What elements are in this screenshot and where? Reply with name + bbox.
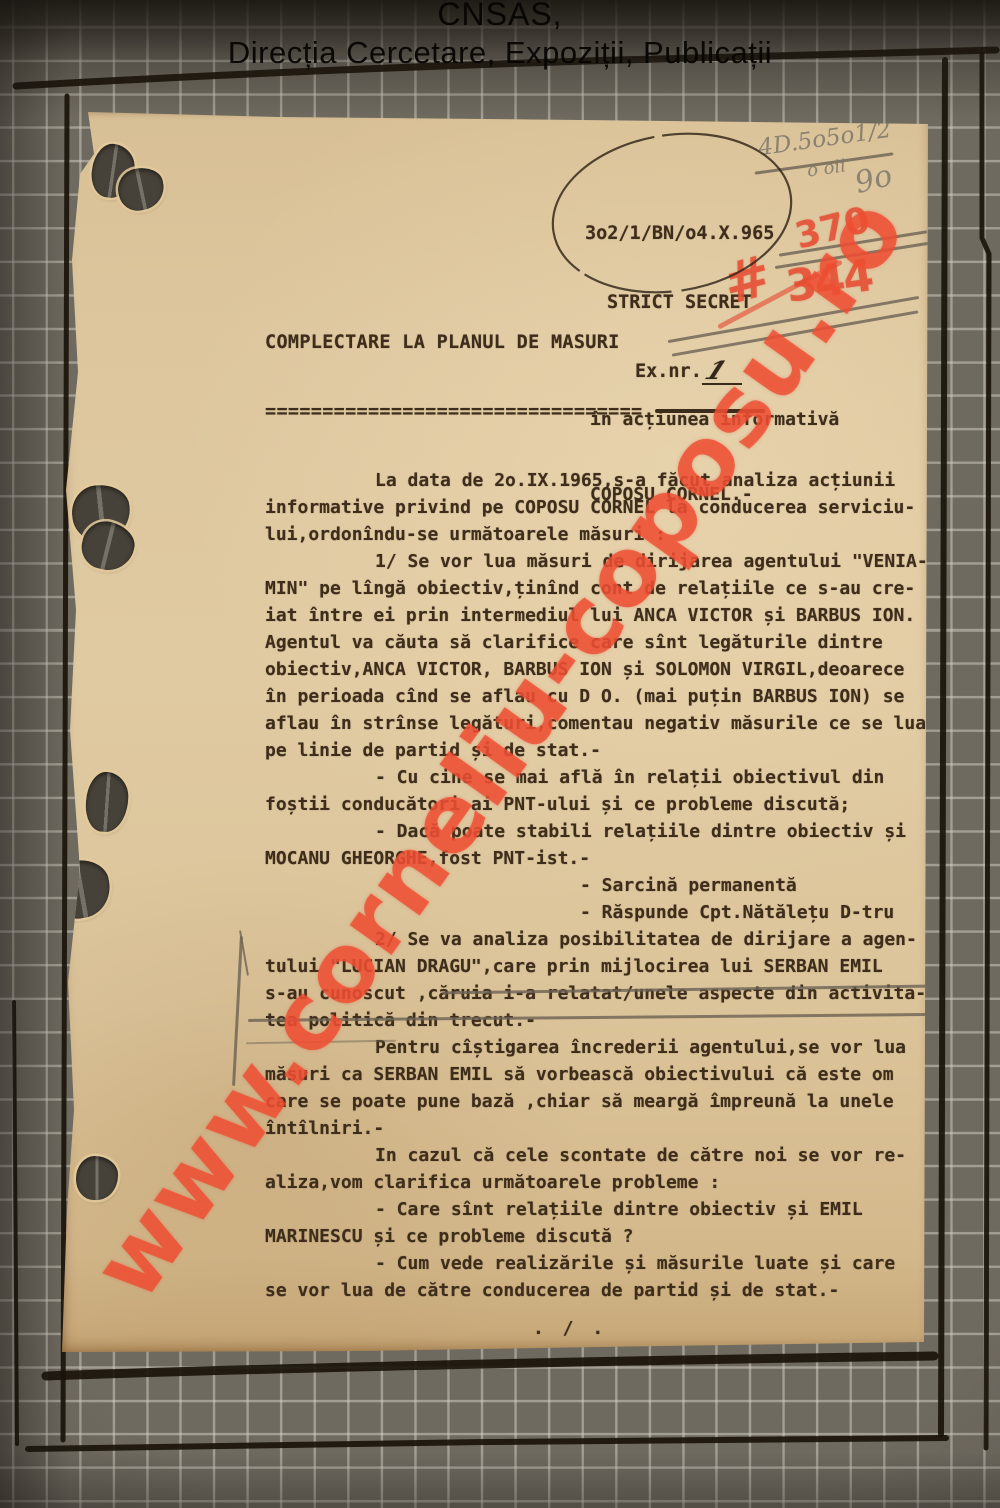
typed-line: - Cu cine se mai află în relații obiecti… [265, 767, 937, 794]
page-continuation-mark: . / . [533, 1318, 607, 1339]
punch-hole [76, 1156, 118, 1200]
typed-line: Agentul va căuta să clarifice care sînt … [265, 632, 937, 659]
typed-line: întîlniri.- [265, 1118, 937, 1145]
typed-line: MARINESCU și ce probleme discută ? [265, 1226, 937, 1253]
typed-line: - Sarcină permanentă [265, 875, 937, 902]
title-underline-rule: ================================= [265, 400, 642, 423]
typed-line: măsuri ca SERBAN EMIL să vorbească obiec… [265, 1064, 937, 1091]
typed-line: se vor lua de către conducerea de partid… [265, 1280, 937, 1307]
typed-line: aflau în strînse legături,comentau negat… [265, 713, 937, 740]
subject-name-underline [655, 409, 765, 413]
typed-line: - Cum vede realizările și măsurile luate… [265, 1253, 937, 1280]
typed-line: aliza,vom clarifica următoarele probleme… [265, 1172, 937, 1199]
typed-line: care se poate pune bază ,chiar să meargă… [265, 1091, 937, 1118]
punch-hole [84, 771, 130, 834]
typed-line: informative privind pe COPOSU CORNEL la … [265, 497, 937, 524]
typed-line: - Care sînt relațiile dintre obiectiv și… [265, 1199, 937, 1226]
typed-line: tului "LUCIAN DRAGU",care prin mijlocire… [265, 956, 937, 983]
pencil-page-number: 9o [851, 158, 896, 201]
pencil-margin-mark [232, 936, 242, 1086]
typed-line: iat între ei prin intermediul lui ANCA V… [265, 605, 937, 632]
typed-line: lui,ordonîndu-se următoarele măsuri : [265, 524, 937, 551]
document-title: COMPLECTARE LA PLANUL DE MASURI [265, 331, 642, 354]
typed-line: - Dacă poate stabili relațiile dintre ob… [265, 821, 937, 848]
typed-line: în perioada cînd se aflau cu D O. (mai p… [265, 686, 937, 713]
typed-line: - Răspunde Cpt.Nătălețu D-tru [265, 902, 937, 929]
typed-body: La data de 2o.IX.1965,s-a făcut analiza … [265, 470, 937, 1307]
pencil-small-note: o oii [806, 155, 847, 181]
typed-line: 1/ Se vor lua măsuri de dirijarea agentu… [265, 551, 937, 578]
archive-page: 3o2/1/BN/o4.X.965 STRICT SECRET Ex.nr.1 … [60, 110, 932, 1354]
typed-line: MIN" pe lîngă obiectiv,ținînd cont de re… [265, 578, 937, 605]
typed-line: pe linie de partid și de stat.- [265, 740, 937, 767]
typed-line: obiectiv,ANCA VICTOR, BARBUS ION și SOLO… [265, 659, 937, 686]
stamp-number: 3o2/1/BN/o4.X.965 [585, 222, 774, 245]
typed-line: La data de 2o.IX.1965,s-a făcut analiza … [265, 470, 937, 497]
document-title-block: COMPLECTARE LA PLANUL DE MASURI ========… [265, 285, 642, 469]
archive-photo: { "photo": { "header_line1": "CNSAS,", "… [0, 0, 1000, 1508]
typed-line: In cazul că cele scontate de către noi s… [265, 1145, 937, 1172]
typed-line: foștii conducători ai PNT-ului și ce pro… [265, 794, 937, 821]
typed-line: MOCANU GHEORGHE,fost PNT-ist.- [265, 848, 937, 875]
typed-line: 2/ Se va analiza posibilitatea de dirija… [265, 929, 937, 956]
